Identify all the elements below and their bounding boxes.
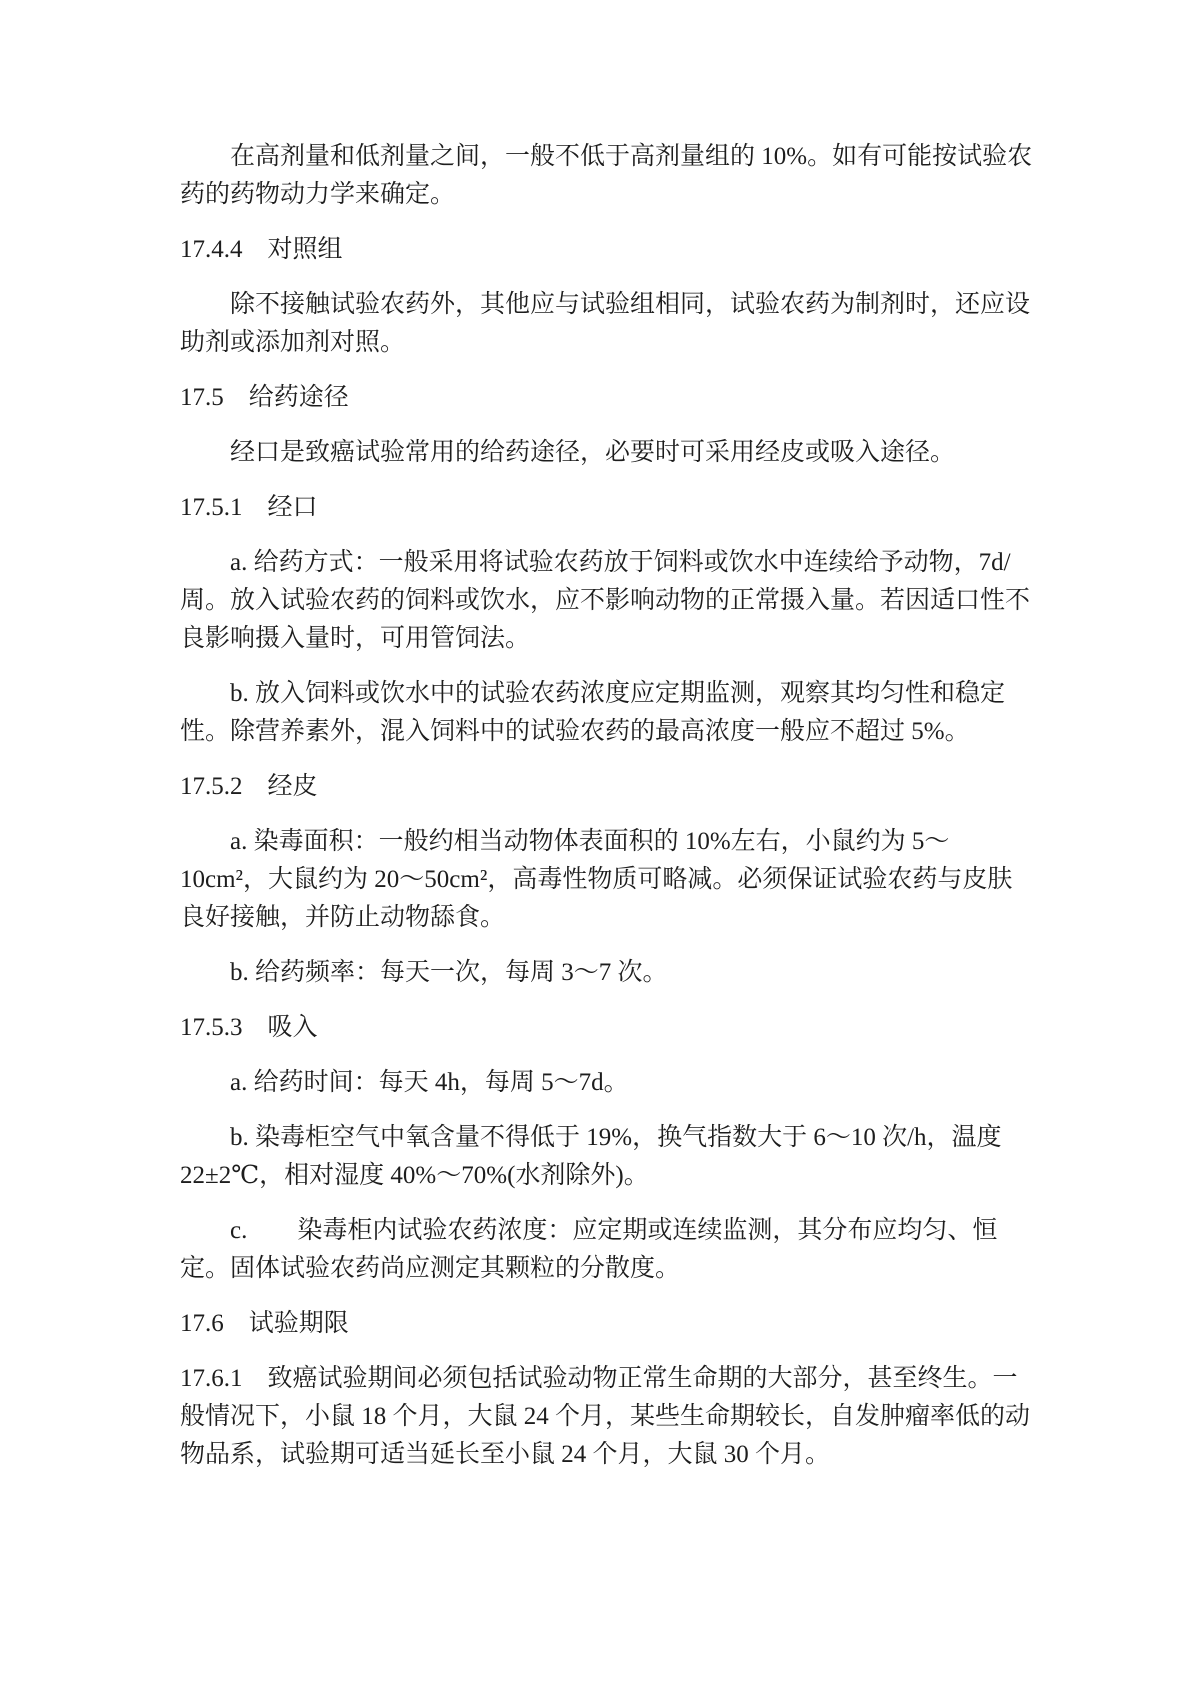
paragraph-dose-between: 在高剂量和低剂量之间，一般不低于高剂量组的 10%。如有可能按试验农药的药物动力…	[180, 138, 1036, 214]
heading-17-4-4-control-group: 17.4.4 对照组	[180, 231, 1036, 269]
heading-17-6-test-duration: 17.6 试验期限	[180, 1305, 1036, 1343]
heading-17-5-2-dermal: 17.5.2 经皮	[180, 768, 1036, 806]
paragraph-oral-method: a. 给药方式：一般采用将试验农药放于饲料或饮水中连续给予动物，7d/周。放入试…	[180, 544, 1036, 658]
paragraph-admin-route: 经口是致癌试验常用的给药途径，必要时可采用经皮或吸入途径。	[180, 434, 1036, 472]
paragraph-17-6-1-duration: 17.6.1 致癌试验期间必须包括试验动物正常生命期的大部分，甚至终生。一般情况…	[180, 1360, 1036, 1474]
paragraph-inhalation-chamber: b. 染毒柜空气中氧含量不得低于 19%，换气指数大于 6～10 次/h，温度 …	[180, 1119, 1036, 1195]
heading-17-5-3-inhalation: 17.5.3 吸入	[180, 1009, 1036, 1047]
paragraph-control-group: 除不接触试验农药外，其他应与试验组相同，试验农药为制剂时，还应设助剂或添加剂对照…	[180, 286, 1036, 362]
paragraph-inhalation-concentration: c. 染毒柜内试验农药浓度：应定期或连续监测，其分布应均匀、恒定。固体试验农药尚…	[180, 1212, 1036, 1288]
paragraph-inhalation-time: a. 给药时间：每天 4h，每周 5～7d。	[180, 1064, 1036, 1102]
document-page: 在高剂量和低剂量之间，一般不低于高剂量组的 10%。如有可能按试验农药的药物动力…	[180, 138, 1036, 1491]
paragraph-dermal-frequency: b. 给药频率：每天一次，每周 3～7 次。	[180, 954, 1036, 992]
heading-17-5-1-oral: 17.5.1 经口	[180, 489, 1036, 527]
heading-17-5-admin-route: 17.5 给药途径	[180, 379, 1036, 417]
paragraph-dermal-area: a. 染毒面积：一般约相当动物体表面积的 10%左右，小鼠约为 5～10cm²，…	[180, 823, 1036, 937]
paragraph-oral-concentration: b. 放入饲料或饮水中的试验农药浓度应定期监测，观察其均匀性和稳定性。除营养素外…	[180, 675, 1036, 751]
